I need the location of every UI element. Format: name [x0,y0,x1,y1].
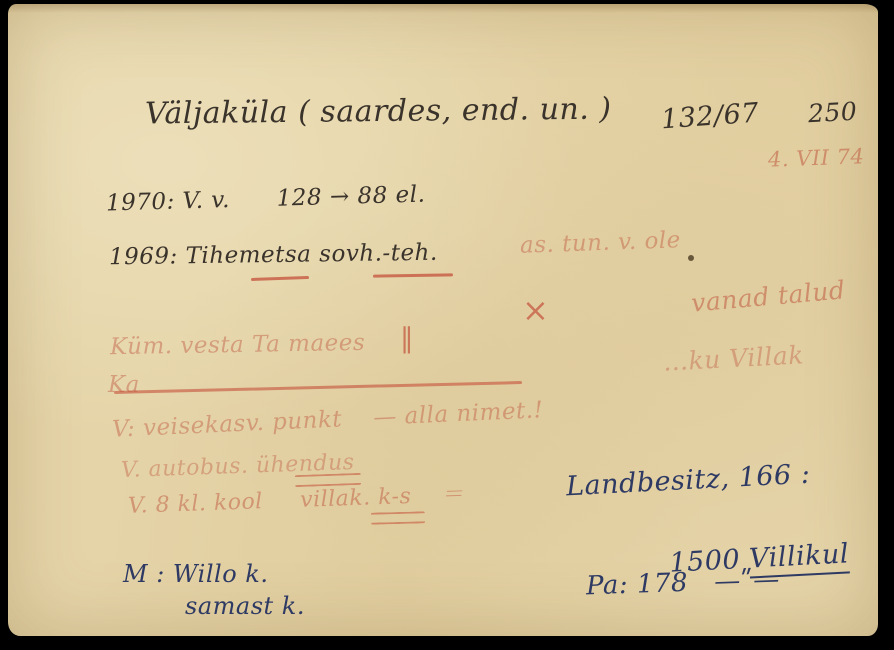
red-note-vanad-talud: vanad talud [690,277,846,315]
reference-number: 132/67 [660,100,760,134]
red-line-1-bars: ‖ [400,325,414,352]
red-double-underline-b [371,511,425,524]
red-line-3: V: veisekasv. punkt — alla nimet.! [112,399,544,442]
m-line-1: M : Willo k. [123,562,268,586]
red-line-2: Ka [108,374,140,397]
note-1969: 1969: Tihemetsa sovh.-teh. [109,242,438,270]
red-underline-1969-a [251,276,309,281]
red-line-1: Küm. vesta Ta maees [110,332,366,359]
red-note-villak: …ku Villak [662,342,804,374]
pa-line: Pa: 178 —ʺ— [586,567,781,600]
red-underline-1969-b [373,273,453,277]
note-1970: 1970: V. v. 128 → 88 el. [106,184,426,216]
scanned-card-page: { "colors": { "background": "#000000", "… [0,0,894,650]
red-note-top: as. tun. v. ole [520,229,682,258]
date-stamp: 4. VII 74 [768,146,865,170]
landbesitz-label: Landbesitz, 166 : [565,461,811,501]
red-double-underline-a [295,473,361,487]
card-title: Väljaküla ( saardes, end. un. ) [145,95,612,130]
index-card: Väljaküla ( saardes, end. un. ) 132/67 2… [8,4,878,636]
red-strikethrough [114,381,522,393]
red-cross-mark: ⨯ [522,294,549,326]
print-count: 250 [807,99,857,127]
m-line-2: samast k. [185,594,305,618]
paper-speck [688,255,694,261]
